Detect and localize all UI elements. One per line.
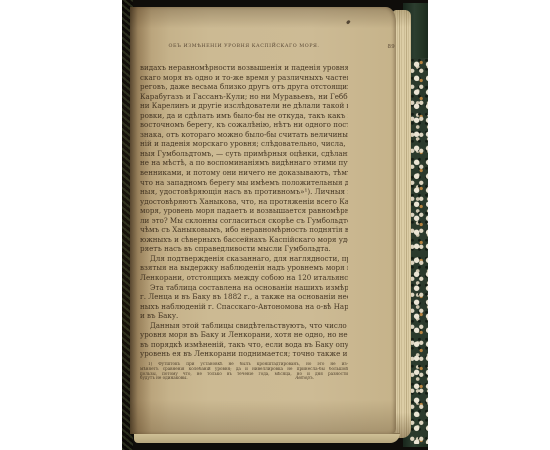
text-line: ныя, удостовѣряющія насъ въ противномъ»¹… [140, 187, 348, 197]
body-text: видахъ неравномѣрности возвышенія и паде… [140, 63, 348, 359]
text-line: Ленкорани, отстоящихъ между собою на 120… [140, 273, 348, 283]
text-line: скаго моря въ одно и то-же время у разли… [140, 73, 348, 83]
text-line: ряетъ насъ въ справедливости мысли Гумбо… [140, 244, 348, 254]
footnote: 1) Футштокъ при установкѣ не былъ кроншт… [140, 362, 348, 381]
text-line: что на западномъ берегу мы имѣемъ положи… [140, 178, 348, 188]
text-line: взятыя на выдержку наблюденія надъ уровн… [140, 263, 348, 273]
book-photo: ОБЪ ИЗМѢНЕНІИ УРОВНЯ КАСПІЙСКАГО МОРЯ. 8… [122, 0, 428, 450]
text-line: удостовѣряютъ Ханыкова, что, на протяжен… [140, 197, 348, 207]
text-line: моря, уровень моря падаетъ и возвышается… [140, 206, 348, 216]
book-page: ОБЪ ИЗМѢНЕНІИ УРОВНЯ КАСПІЙСКАГО МОРЯ. 8… [130, 7, 396, 434]
running-head: ОБЪ ИЗМѢНЕНІИ УРОВНЯ КАСПІЙСКАГО МОРЯ. [140, 43, 348, 51]
text-line: Эта таблица составлена на основаніи наши… [140, 283, 348, 293]
text-line: реговъ, даже весьма близко другъ отъ дру… [140, 82, 348, 92]
text-line: ли это? Мы склонны согласиться скорѣе съ… [140, 216, 348, 226]
text-line: восточномъ берегу, къ сожалѣнію, нѣтъ ни… [140, 120, 348, 130]
text-line: Карабугазъ и Гассанъ-Кули; но ни Муравье… [140, 92, 348, 102]
text-line: и въ Баку. [140, 311, 348, 321]
text-line: Для подтвержденія сказаннаго, для нагляд… [140, 254, 348, 264]
page-number: 89 [388, 43, 395, 51]
text-line: ныя Гумбольдтомъ, — суть примѣрныя оцѣнк… [140, 149, 348, 159]
text-line: не на мѣстѣ, а по воспоминаніямъ видѣнна… [140, 158, 348, 168]
footnote-last-text: будутъ не одинаковы. [140, 376, 188, 381]
text-line: въ порядкѣ измѣненій, такъ что, если вод… [140, 340, 348, 350]
text-line: знака, отъ котораго можно было-бы считат… [140, 130, 348, 140]
text-line: чѣмъ съ Ханыковымъ, ибо неравномѣрность … [140, 225, 348, 235]
footnote-last-line: будутъ не одинаковы. Авторъ. [140, 376, 348, 381]
text-line: видахъ неравномѣрности возвышенія и паде… [140, 63, 348, 73]
text-line: г. Ленца и въ Баку въ 1882 г., а также н… [140, 292, 348, 302]
page-block-bottom-edge [134, 433, 400, 443]
text-line: ровки, да и сдѣлать имъ было-бы не откуд… [140, 111, 348, 121]
text-line: уровня моря въ Баку и Ленкорани, хотя не… [140, 330, 348, 340]
text-line: южныхъ и сѣверныхъ бассейнахъ Каспійскаг… [140, 235, 348, 245]
text-line: Данныя этой таблицы свидѣтельствуютъ, чт… [140, 321, 348, 331]
text-line: венниками, и потому они ничего не доказы… [140, 168, 348, 178]
footnote-author-signature: Авторъ. [295, 376, 348, 381]
footnote-lines: 1) Футштокъ при установкѣ не былъ кроншт… [140, 362, 348, 376]
text-line: уровень ея въ Ленкорани поднимается; точ… [140, 349, 348, 359]
ink-speck [346, 20, 350, 24]
marbled-endpaper [410, 58, 428, 444]
text-line: ни Карелинъ и другіе изслѣдователи не дѣ… [140, 101, 348, 111]
text-line: ній и паденія морскаго уровня; слѣдовате… [140, 139, 348, 149]
text-line: ныхъ наблюденій г. Спасскаго-Автономова … [140, 302, 348, 312]
